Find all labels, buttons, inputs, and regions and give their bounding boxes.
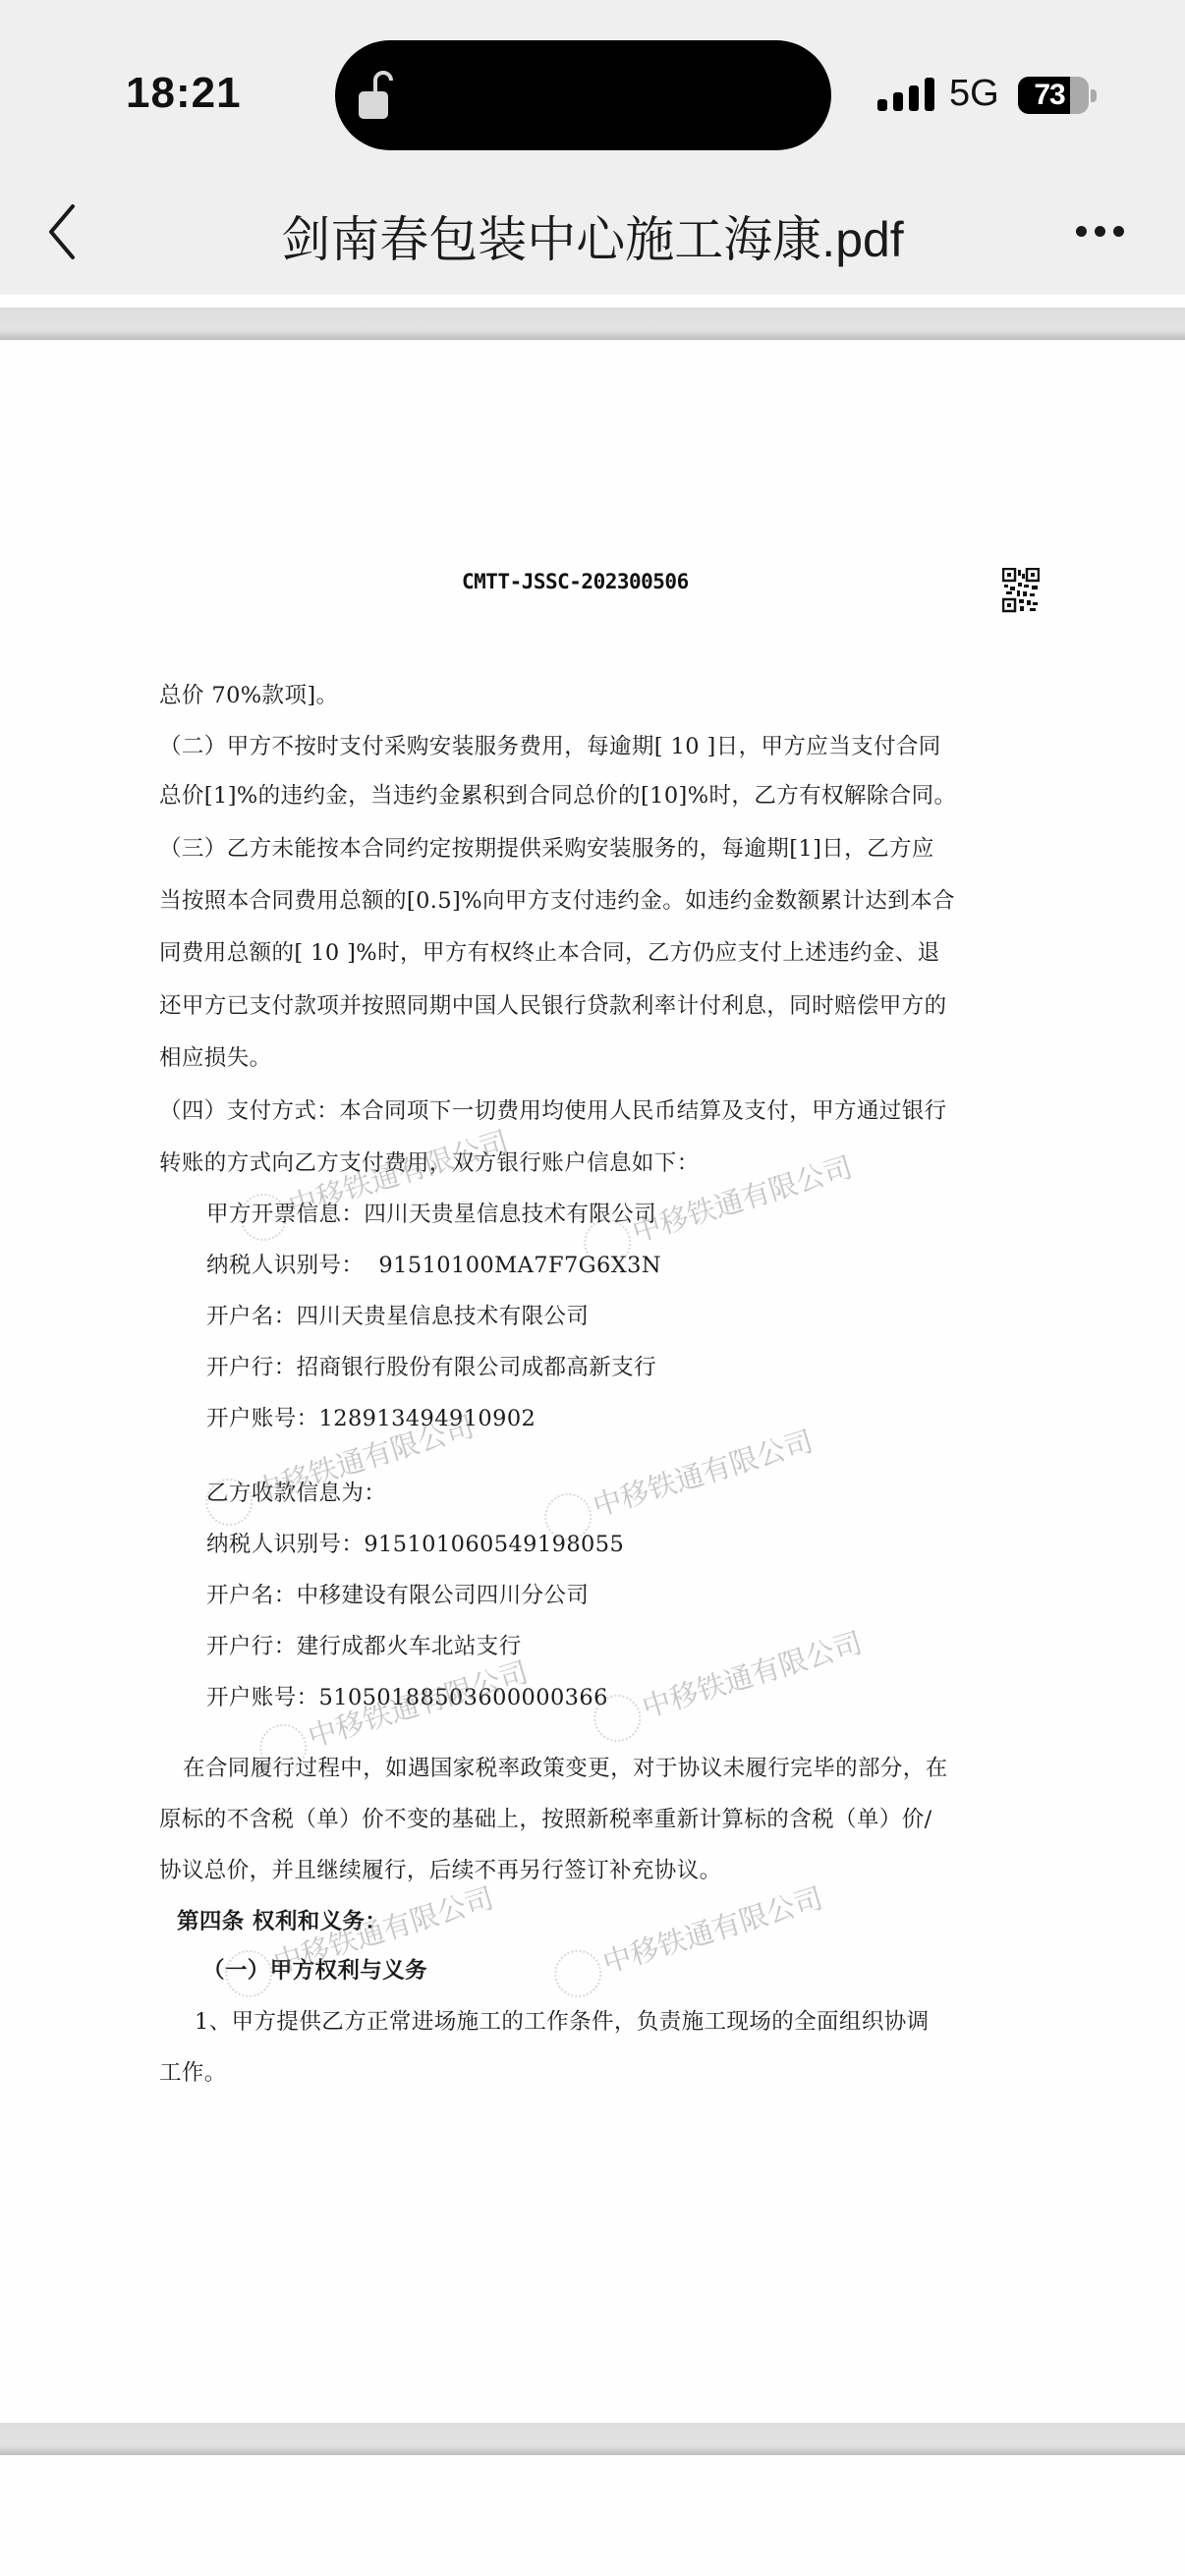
paragraph-line: 工作。 <box>159 2055 227 2087</box>
field-value: 中移建设有限公司四川分公司 <box>297 1583 590 1608</box>
document-code: CMTT-JSSC-202300506 <box>462 570 689 593</box>
status-bar: 18:21 5G 73 <box>0 0 1185 167</box>
watermark: 中移铁通有限公司 <box>588 1420 818 1525</box>
page-separator-bottom <box>0 2423 1185 2455</box>
paragraph-line: 总价 70%款项]。 <box>159 678 338 709</box>
paragraph-line: 总价[1]%的违约金，当违约金累积到合同总价的[10]%时，乙方有权解除合同。 <box>159 778 956 810</box>
party-b-tax-id: 纳税人识别号：915101060549198055 <box>206 1527 624 1558</box>
field-value: 四川天贵星信息技术有限公司 <box>364 1202 656 1227</box>
pdf-page[interactable]: CMTT-JSSC-202300506 总价 70%款项]。 （二）甲方不按时支… <box>0 340 1185 2423</box>
party-a-account-name: 开户名：四川天贵星信息技术有限公司 <box>206 1299 589 1330</box>
paragraph-line: 相应损失。 <box>159 1040 272 1072</box>
paragraph-line: 协议总价，并且继续履行，后续不再另行签订补充协议。 <box>159 1853 722 1884</box>
field-value: 51050188503600000366 <box>319 1685 608 1710</box>
paragraph-line: 还甲方已支付款项并按照同期中国人民银行贷款利率计付利息，同时赔偿甲方的 <box>159 988 947 1020</box>
field-value: 四川天贵星信息技术有限公司 <box>297 1304 590 1329</box>
paragraph-line: 当按照本合同费用总额的[0.5]%向甲方支付违约金。如违约金数额累计达到本合 <box>159 883 955 915</box>
party-a-tax-id: 纳税人识别号： 91510100MA7F7G6X3N <box>206 1248 661 1279</box>
field-value: 128913494910902 <box>319 1406 536 1431</box>
field-label: 开户名： <box>206 1304 297 1329</box>
party-b-bank: 开户行：建行成都火车北站支行 <box>206 1629 522 1660</box>
field-value: 91510100MA7F7G6X3N <box>378 1253 661 1278</box>
section-heading: （一）甲方权利与义务 <box>202 1953 427 1985</box>
party-b-account-name: 开户名：中移建设有限公司四川分公司 <box>206 1578 589 1609</box>
battery-percent: 73 <box>1018 77 1089 114</box>
more-horizontal-icon[interactable] <box>1071 206 1130 255</box>
field-value: 招商银行股份有限公司成都高新支行 <box>297 1355 656 1380</box>
document-title: 剑南春包装中心施工海康.pdf <box>0 200 1185 271</box>
qr-code-icon <box>1002 568 1040 613</box>
network-type: 5G <box>949 73 999 115</box>
paragraph-line: （三）乙方未能按本合同约定按期提供采购安装服务的，每逾期[1]日，乙方应 <box>159 831 934 863</box>
field-label: 纳税人识别号： <box>206 1532 364 1557</box>
field-label: 纳税人识别号： <box>206 1253 364 1278</box>
field-label: 开户账号： <box>206 1685 319 1710</box>
field-value: 建行成都火车北站支行 <box>297 1634 522 1659</box>
lock-open-icon <box>357 70 396 121</box>
battery-tip <box>1091 89 1097 102</box>
paragraph-line: （四）支付方式：本合同项下一切费用均使用人民币结算及支付，甲方通过银行 <box>159 1093 947 1125</box>
field-label: 开户账号： <box>206 1406 319 1431</box>
watermark: 中移铁通有限公司 <box>597 1876 827 1982</box>
field-label: 开户行： <box>206 1634 297 1659</box>
party-b-heading: 乙方收款信息为： <box>206 1476 386 1507</box>
field-label: 开户名： <box>206 1583 297 1608</box>
battery-icon: 73 <box>1018 77 1089 114</box>
paragraph-line: 原标的不含税（单）价不变的基础上，按照新税率重新计算标的含税（单）价/ <box>159 1802 932 1833</box>
paragraph-line: （二）甲方不按时支付采购安装服务费用，每逾期[ 10 ]日，甲方应当支付合同 <box>159 729 941 760</box>
party-a-account-number: 开户账号：128913494910902 <box>206 1401 536 1432</box>
nav-divider <box>0 295 1185 308</box>
dynamic-island <box>335 40 831 150</box>
paragraph-line: 同费用总额的[ 10 ]%时，甲方有权终止本合同，乙方仍应支付上述违约金、退 <box>159 935 940 967</box>
watermark: 中移铁通有限公司 <box>637 1621 867 1726</box>
signal-icon <box>877 78 936 111</box>
page-separator-top <box>0 308 1185 340</box>
field-value: 915101060549198055 <box>364 1532 624 1557</box>
paragraph-line: 在合同履行过程中，如遇国家税率政策变更，对于协议未履行完毕的部分，在 <box>183 1751 948 1782</box>
paragraph-line: 1、甲方提供乙方正常进场施工的工作条件，负责施工现场的全面组织协调 <box>195 2004 930 2036</box>
party-b-account-number: 开户账号：51050188503600000366 <box>206 1680 608 1711</box>
article-heading: 第四条 权利和义务： <box>177 1904 387 1935</box>
status-time: 18:21 <box>126 69 242 118</box>
paragraph-line: 转账的方式向乙方支付费用，双方银行账户信息如下： <box>159 1146 700 1177</box>
nav-bar: 剑南春包装中心施工海康.pdf <box>0 167 1185 295</box>
party-a-invoice: 甲方开票信息：四川天贵星信息技术有限公司 <box>206 1197 656 1228</box>
field-label: 甲方开票信息： <box>206 1202 364 1227</box>
field-label: 开户行： <box>206 1355 297 1380</box>
party-a-bank: 开户行：招商银行股份有限公司成都高新支行 <box>206 1350 656 1381</box>
